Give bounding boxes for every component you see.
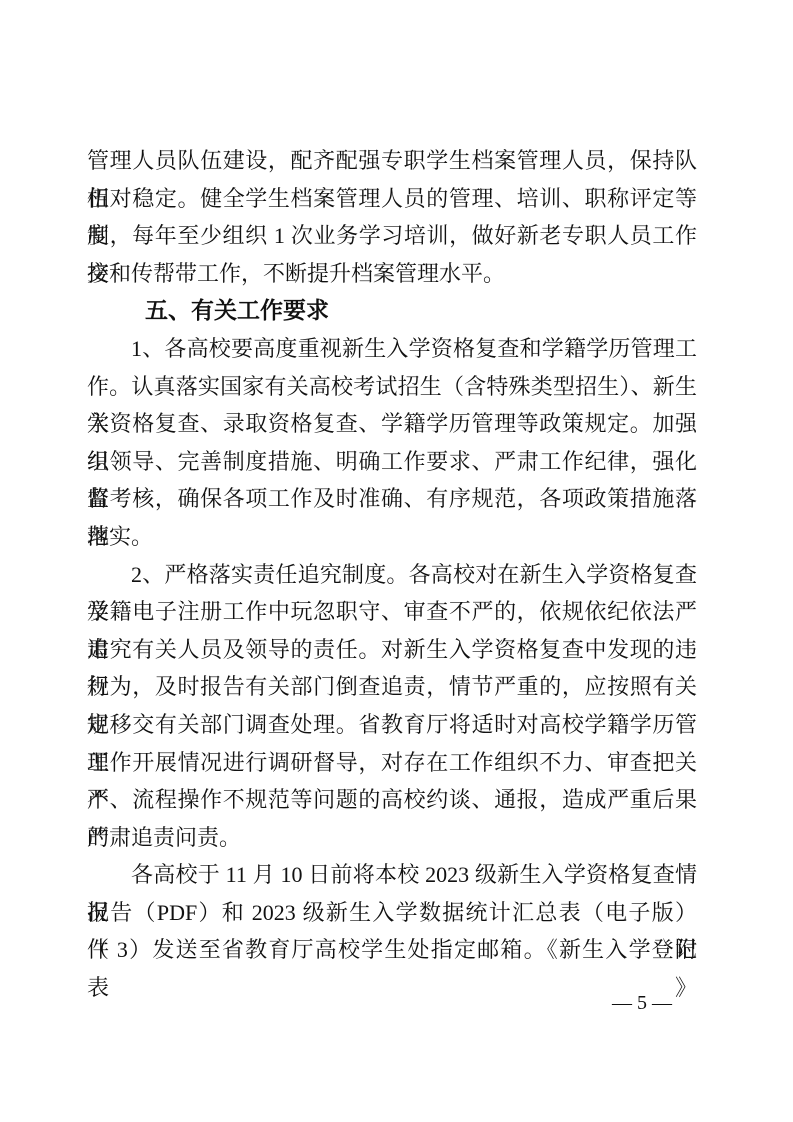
text-line: 相对稳定。健全学生档案管理人员的管理、培训、职称评定等制: [87, 180, 697, 218]
text-line: 学籍电子注册工作中玩忽职守、审查不严的，依规依纪依法严肃: [87, 593, 697, 631]
text-line: 落实。: [87, 518, 697, 556]
text-line: 各高校于 11 月 10 日前将本校 2023 级新生入学资格复查情况: [87, 856, 697, 894]
document-page: 管理人员队伍建设，配齐配强专职学生档案管理人员，保持队伍相对稳定。健全学生档案管…: [0, 0, 793, 1122]
text-line: 度，每年至少组织 1 次业务学习培训，做好新老专职人员工作交: [87, 217, 697, 255]
text-line: 学资格复查、录取资格复查、学籍学历管理等政策规定。加强组: [87, 405, 697, 443]
text-line: 件 3）发送至省教育厅高校学生处指定邮箱。《新生入学登记表》: [87, 931, 697, 969]
text-line: 追究有关人员及领导的责任。对新生入学资格复查中发现的违规: [87, 631, 697, 669]
text-line: 1、各高校要高度重视新生入学资格复查和学籍学历管理工: [87, 330, 697, 368]
page-number: — 5 —: [612, 991, 672, 1015]
text-line: 作。认真落实国家有关高校考试招生（含特殊类型招生）、新生入: [87, 368, 697, 406]
text-line: 织领导、完善制度措施、明确工作要求、严肃工作纪律，强化监: [87, 443, 697, 481]
text-line: 2、严格落实责任追究制度。各高校对在新生入学资格复查及: [87, 556, 697, 594]
text-line: 督考核，确保各项工作及时准确、有序规范，各项政策措施落地: [87, 480, 697, 518]
text-line: 工作开展情况进行调研督导，对存在工作组织不力、审查把关不: [87, 744, 697, 782]
document-text-block: 管理人员队伍建设，配齐配强专职学生档案管理人员，保持队伍相对稳定。健全学生档案管…: [87, 142, 697, 969]
text-line: 定移交有关部门调查处理。省教育厅将适时对高校学籍学历管理: [87, 706, 697, 744]
text-line: 严、流程操作不规范等问题的高校约谈、通报，造成严重后果的: [87, 781, 697, 819]
text-line: 报告（PDF）和 2023 级新生入学数据统计汇总表（电子版）（附: [87, 894, 697, 932]
text-line: 行为，及时报告有关部门倒查追责，情节严重的，应按照有关规: [87, 668, 697, 706]
section-heading: 五、有关工作要求: [87, 292, 697, 330]
text-line: 接和传帮带工作，不断提升档案管理水平。: [87, 255, 697, 293]
text-line: 严肃追责问责。: [87, 819, 697, 857]
text-line: 管理人员队伍建设，配齐配强专职学生档案管理人员，保持队伍: [87, 142, 697, 180]
